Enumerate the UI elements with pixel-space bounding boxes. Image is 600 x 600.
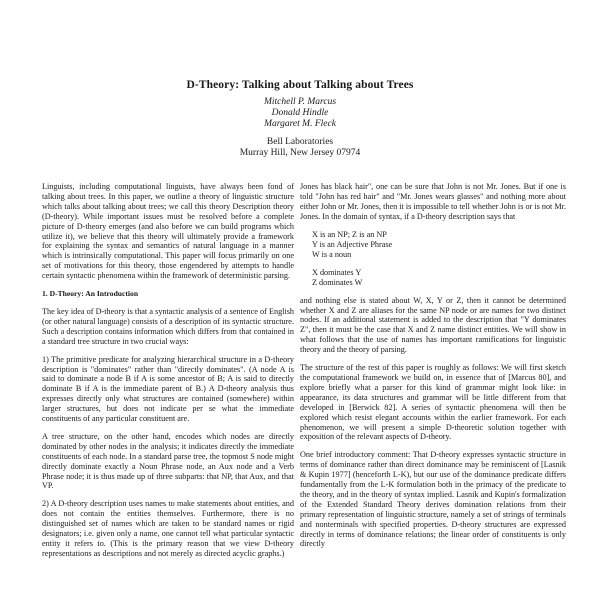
right-column: Jones has black hair", one can be sure t… xyxy=(300,182,566,557)
point-1-paragraph: 1) The primitive predicate for analyzing… xyxy=(42,355,294,424)
left-column: Linguists, including computational lingu… xyxy=(42,182,294,567)
after-formula-paragraph: and nothing else is stated about W, X, Y… xyxy=(300,296,566,355)
jones-paragraph: Jones has black hair", one can be sure t… xyxy=(300,182,566,222)
affiliation: Bell Laboratories Murray Hill, New Jerse… xyxy=(0,137,600,159)
formula-line: Z dominates W xyxy=(312,278,566,288)
tree-structure-paragraph: A tree structure, on the other hand, enc… xyxy=(42,432,294,491)
author-2: Donald Hindle xyxy=(0,108,600,119)
paper-header: D-Theory: Talking about Talking about Tr… xyxy=(0,79,600,159)
paper-title: D-Theory: Talking about Talking about Tr… xyxy=(0,79,600,91)
formula-line: X dominates Y xyxy=(312,268,566,278)
structure-paragraph: The structure of the rest of this paper … xyxy=(300,363,566,442)
formula-line: X is an NP; Z is an NP xyxy=(312,230,566,240)
comment-paragraph: One brief introductory comment: That D-t… xyxy=(300,450,566,549)
point-2-paragraph: 2) A D-theory description uses names to … xyxy=(42,499,294,558)
author-1: Mitchell P. Marcus xyxy=(0,97,600,108)
formula-block-2: X dominates Y Z dominates W xyxy=(312,268,566,288)
abstract-paragraph: Linguists, including computational lingu… xyxy=(42,182,294,281)
affiliation-org: Bell Laboratories xyxy=(0,137,600,148)
formula-line: W is a noun xyxy=(312,250,566,260)
formula-block-1: X is an NP; Z is an NP Y is an Adjective… xyxy=(312,230,566,260)
formula-line: Y is an Adjective Phrase xyxy=(312,240,566,250)
intro-paragraph: The key idea of D-theory is that a synta… xyxy=(42,307,294,347)
author-3: Margaret M. Fleck xyxy=(0,119,600,130)
affiliation-address: Murray Hill, New Jersey 07974 xyxy=(0,148,600,159)
section-heading: 1. D-Theory: An Introduction xyxy=(42,289,294,299)
